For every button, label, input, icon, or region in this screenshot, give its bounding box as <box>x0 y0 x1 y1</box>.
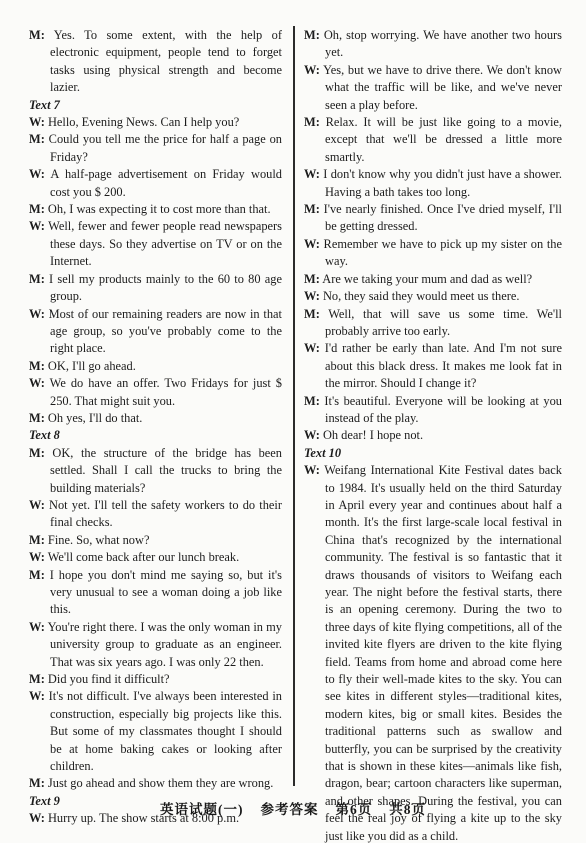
dialogue-text: Oh, I was expecting it to cost more than… <box>45 202 271 216</box>
dialogue-text: Oh dear! I hope not. <box>320 428 423 442</box>
dialogue-line: M: Oh, stop worrying. We have another tw… <box>304 27 562 62</box>
section-heading: Text 8 <box>29 427 282 444</box>
dialogue-line: M: Relax. It will be just like going to … <box>304 114 562 166</box>
dialogue-text: Oh yes, I'll do that. <box>45 411 143 425</box>
speaker-label: M: <box>304 202 320 216</box>
answer-key-page: M: Yes. To some extent, with the help of… <box>0 0 586 843</box>
dialogue-text: Yes. To some extent, with the help of el… <box>45 28 282 94</box>
speaker-label: M: <box>29 28 45 42</box>
dialogue-line: W: I'd rather be early than late. And I'… <box>304 340 562 392</box>
dialogue-text: Just go ahead and show them they are wro… <box>45 776 273 790</box>
speaker-label: M: <box>29 776 45 790</box>
dialogue-text: Did you find it difficult? <box>45 672 170 686</box>
dialogue-line: M: It's beautiful. Everyone will be look… <box>304 393 562 428</box>
footer-section-label: 参考答案 <box>261 798 319 818</box>
dialogue-text: OK, the structure of the bridge has been… <box>45 446 282 495</box>
right-column: M: Oh, stop worrying. We have another tw… <box>304 27 562 843</box>
speaker-label: W: <box>304 167 320 181</box>
footer-title: 英语试题(一) <box>160 798 244 818</box>
speaker-label: W: <box>29 620 45 634</box>
dialogue-text: Hello, Evening News. Can I help you? <box>45 115 239 129</box>
dialogue-text: Relax. It will be just like going to a m… <box>320 115 562 164</box>
page-footer: 英语试题(一) 参考答案 第6页 共8页 <box>0 798 586 818</box>
dialogue-line: M: Oh, I was expecting it to cost more t… <box>29 201 282 218</box>
speaker-label: W: <box>304 289 320 303</box>
speaker-label: M: <box>304 28 320 42</box>
dialogue-line: M: Well, that will save us some time. We… <box>304 306 562 341</box>
dialogue-text: Could you tell me the price for half a p… <box>45 132 282 163</box>
dialogue-line: W: Oh dear! I hope not. <box>304 427 562 444</box>
speaker-label: M: <box>304 307 320 321</box>
dialogue-text: I'd rather be early than late. And I'm n… <box>320 341 562 390</box>
speaker-label: W: <box>29 498 45 512</box>
dialogue-text: I've nearly finished. Once I've dried my… <box>320 202 562 233</box>
dialogue-line: M: I hope you don't mind me saying so, b… <box>29 567 282 619</box>
dialogue-text: It's beautiful. Everyone will be looking… <box>320 394 562 425</box>
dialogue-line: W: Weifang International Kite Festival d… <box>304 462 562 843</box>
dialogue-line: M: Fine. So, what now? <box>29 532 282 549</box>
speaker-label: M: <box>304 115 320 129</box>
speaker-label: W: <box>304 428 320 442</box>
dialogue-text: We do have an offer. Two Fridays for jus… <box>45 376 282 407</box>
dialogue-line: W: Well, fewer and fewer people read new… <box>29 218 282 270</box>
section-heading: Text 10 <box>304 445 562 462</box>
speaker-label: W: <box>29 307 45 321</box>
dialogue-text: I don't know why you didn't just have a … <box>320 167 562 198</box>
footer-page-number: 第6页 <box>336 798 373 818</box>
speaker-label: M: <box>29 132 45 146</box>
speaker-label: W: <box>29 376 45 390</box>
dialogue-line: M: Just go ahead and show them they are … <box>29 775 282 792</box>
left-column: M: Yes. To some extent, with the help of… <box>29 27 282 828</box>
speaker-label: M: <box>29 568 45 582</box>
speaker-label: W: <box>29 115 45 129</box>
speaker-label: W: <box>29 219 45 233</box>
speaker-label: W: <box>304 237 320 251</box>
dialogue-text: Yes, but we have to drive there. We don'… <box>320 63 562 112</box>
dialogue-line: W: No, they said they would meet us ther… <box>304 288 562 305</box>
speaker-label: M: <box>29 672 45 686</box>
speaker-label: W: <box>304 341 320 355</box>
dialogue-text: Not yet. I'll tell the safety workers to… <box>45 498 282 529</box>
speaker-label: M: <box>29 359 45 373</box>
dialogue-text: Oh, stop worrying. We have another two h… <box>320 28 562 59</box>
dialogue-line: M: I've nearly finished. Once I've dried… <box>304 201 562 236</box>
dialogue-line: W: Yes, but we have to drive there. We d… <box>304 62 562 114</box>
dialogue-text: It's not difficult. I've always been int… <box>45 689 282 773</box>
dialogue-line: W: I don't know why you didn't just have… <box>304 166 562 201</box>
dialogue-line: W: A half-page advertisement on Friday w… <box>29 166 282 201</box>
speaker-label: M: <box>304 394 320 408</box>
dialogue-line: W: Hello, Evening News. Can I help you? <box>29 114 282 131</box>
column-divider <box>293 26 295 786</box>
speaker-label: M: <box>29 446 45 460</box>
dialogue-text: Well, fewer and fewer people read newspa… <box>45 219 282 268</box>
dialogue-text: Fine. So, what now? <box>45 533 150 547</box>
dialogue-line: M: OK, the structure of the bridge has b… <box>29 445 282 497</box>
dialogue-line: M: Are we taking your mum and dad as wel… <box>304 271 562 288</box>
dialogue-line: M: Oh yes, I'll do that. <box>29 410 282 427</box>
dialogue-text: I sell my products mainly to the 60 to 8… <box>45 272 282 303</box>
speaker-label: W: <box>29 167 45 181</box>
dialogue-line: W: It's not difficult. I've always been … <box>29 688 282 775</box>
dialogue-text: OK, I'll go ahead. <box>45 359 136 373</box>
footer-total-pages: 共8页 <box>389 798 426 818</box>
dialogue-line: M: Could you tell me the price for half … <box>29 131 282 166</box>
speaker-label: M: <box>29 272 45 286</box>
dialogue-text: Weifang International Kite Festival date… <box>320 463 562 843</box>
speaker-label: M: <box>29 533 45 547</box>
dialogue-line: W: Most of our remaining readers are now… <box>29 306 282 358</box>
speaker-label: M: <box>29 411 45 425</box>
dialogue-text: A half-page advertisement on Friday woul… <box>45 167 282 198</box>
dialogue-text: Are we taking your mum and dad as well? <box>320 272 532 286</box>
speaker-label: W: <box>304 463 320 477</box>
dialogue-line: M: Did you find it difficult? <box>29 671 282 688</box>
dialogue-text: Most of our remaining readers are now in… <box>45 307 282 356</box>
dialogue-text: You're right there. I was the only woman… <box>45 620 282 669</box>
dialogue-text: I hope you don't mind me saying so, but … <box>45 568 282 617</box>
dialogue-line: W: Remember we have to pick up my sister… <box>304 236 562 271</box>
speaker-label: W: <box>29 689 45 703</box>
dialogue-text: Remember we have to pick up my sister on… <box>320 237 562 268</box>
speaker-label: W: <box>304 63 320 77</box>
dialogue-line: M: OK, I'll go ahead. <box>29 358 282 375</box>
dialogue-text: We'll come back after our lunch break. <box>45 550 239 564</box>
speaker-label: W: <box>29 550 45 564</box>
dialogue-line: W: You're right there. I was the only wo… <box>29 619 282 671</box>
dialogue-text: Well, that will save us some time. We'll… <box>320 307 562 338</box>
dialogue-line: M: I sell my products mainly to the 60 t… <box>29 271 282 306</box>
dialogue-line: W: We do have an offer. Two Fridays for … <box>29 375 282 410</box>
speaker-label: M: <box>29 202 45 216</box>
dialogue-line: M: Yes. To some extent, with the help of… <box>29 27 282 97</box>
dialogue-line: W: We'll come back after our lunch break… <box>29 549 282 566</box>
speaker-label: M: <box>304 272 320 286</box>
section-heading: Text 7 <box>29 97 282 114</box>
dialogue-text: No, they said they would meet us there. <box>320 289 520 303</box>
dialogue-line: W: Not yet. I'll tell the safety workers… <box>29 497 282 532</box>
